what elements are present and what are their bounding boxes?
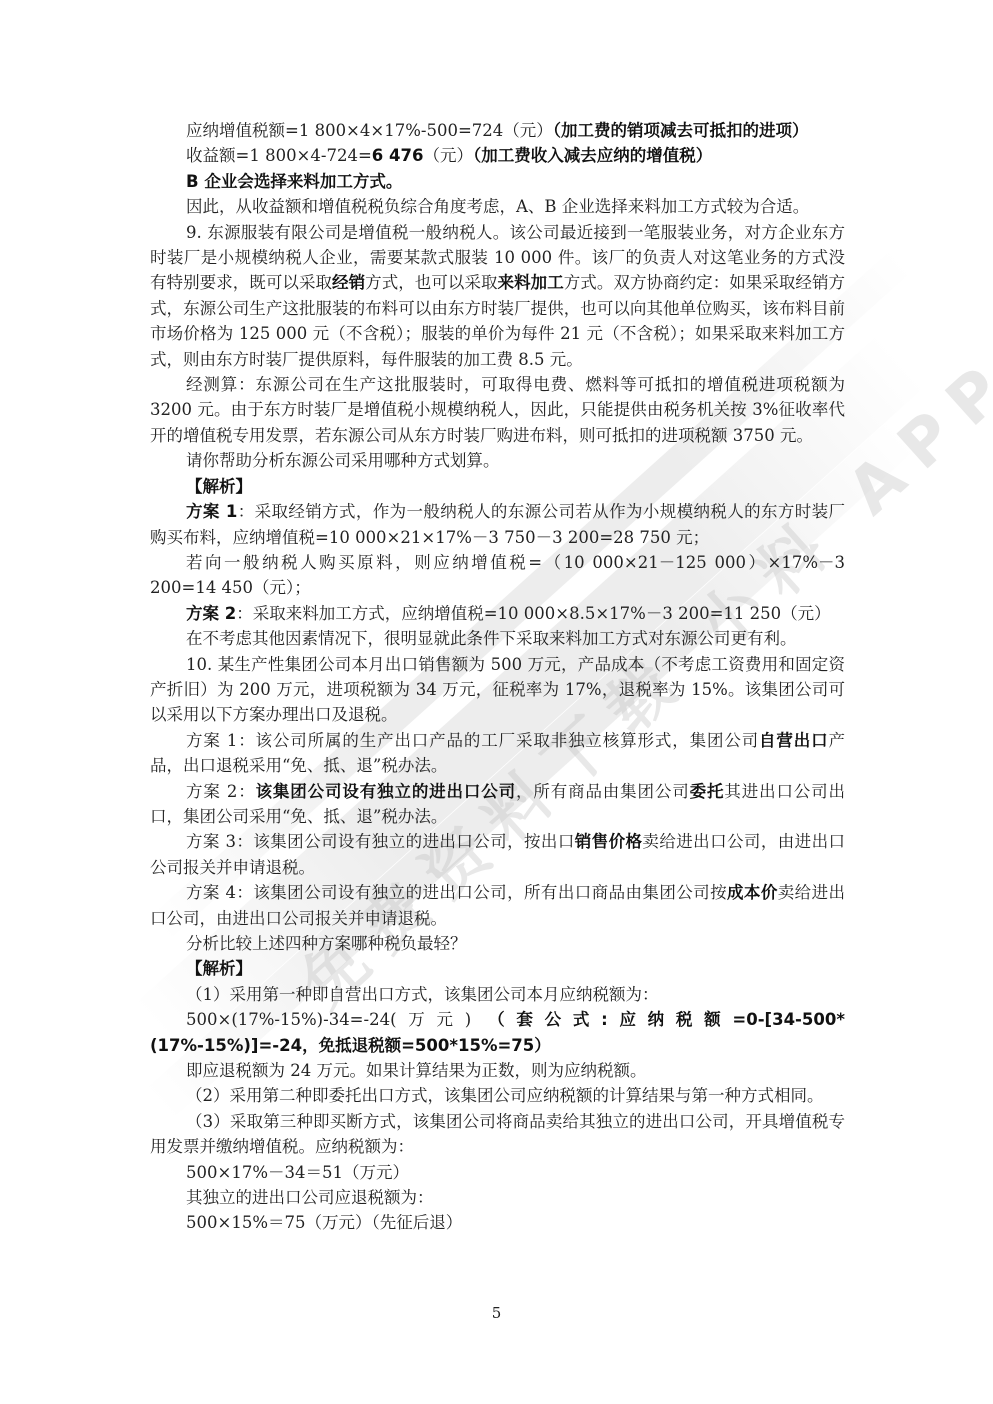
answer-1: （1）采用第一种即自营出口方式，该集团公司本月应纳税额为： <box>150 982 845 1007</box>
paragraph-conclusion-ab: 因此，从收益额和增值税税负综合角度考虑，A、B 企业选择来料加工方式较为合适。 <box>150 194 845 219</box>
question-10-prompt: 分析比较上述四种方案哪种税负最轻？ <box>150 931 845 956</box>
answer-1-calculation: 500×(17%-15%)-34=-24(万元) （套公式:应纳税额=0-[34… <box>150 1007 845 1058</box>
question-9: 9. 东源服装有限公司是增值税一般纳税人。该公司最近接到一笔服装业务，对方企业东… <box>150 220 845 372</box>
plan-2: 方案 2：采取来料加工方式，应纳增值税=10 000×8.5×17%－3 200… <box>150 601 845 626</box>
question-9-measurement: 经测算：东源公司在生产这批服装时，可取得电费、燃料等可抵扣的增值税进项税额为 3… <box>150 372 845 448</box>
answer-2: （2）采用第二种即委托出口方式，该集团公司应纳税额的计算结果与第一种方式相同。 <box>150 1083 845 1108</box>
answer-3-calculation: 500×17%－34＝51（万元） <box>150 1160 845 1185</box>
scheme-2: 方案 2：该集团公司设有独立的进出口公司，所有商品由集团公司委托其进出口公司出口… <box>150 779 845 830</box>
scheme-3: 方案 3：该集团公司设有独立的进出口公司，按出口销售价格卖给进出口公司，由进出口… <box>150 829 845 880</box>
plan-1: 方案 1：采取经销方式，作为一般纳税人的东源公司若从作为小规模纳税人的东方时装厂… <box>150 499 845 550</box>
page-number: 5 <box>0 1304 993 1322</box>
paragraph-vat-payable: 应纳增值税额=1 800×4×17%-500=724（元）（加工费的销项减去可抵… <box>150 118 845 143</box>
analysis-heading-2: 【解析】 <box>150 956 845 981</box>
answer-3-refund-label: 其独立的进出口公司应退税额为： <box>150 1185 845 1210</box>
paragraph-income: 收益额=1 800×4-724=6 476（元）（加工费收入减去应纳的增值税） <box>150 143 845 168</box>
document-body: 应纳增值税额=1 800×4×17%-500=724（元）（加工费的销项减去可抵… <box>150 118 845 1236</box>
scheme-4: 方案 4：该集团公司设有独立的进出口公司，所有出口商品由集团公司按成本价卖给进出… <box>150 880 845 931</box>
question-9-conclusion: 在不考虑其他因素情况下，很明显就此条件下采取来料加工方式对东源公司更有利。 <box>150 626 845 651</box>
answer-3-refund-calculation: 500×15%＝75（万元）（先征后退） <box>150 1210 845 1235</box>
plan-1-alternative: 若向一般纳税人购买原料，则应纳增值税=（10 000×21－125 000）×1… <box>150 550 845 601</box>
answer-3: （3）采取第三种即买断方式，该集团公司将商品卖给其独立的进出口公司，开具增值税专… <box>150 1109 845 1160</box>
question-9-prompt: 请你帮助分析东源公司采用哪种方式划算。 <box>150 448 845 473</box>
question-10: 10. 某生产性集团公司本月出口销售额为 500 万元，产品成本（不考虑工资费用… <box>150 652 845 728</box>
answer-1-note: 即应退税额为 24 万元。如果计算结果为正数，则为应纳税额。 <box>150 1058 845 1083</box>
scheme-1: 方案 1：该公司所属的生产出口产品的工厂采取非独立核算形式，集团公司自营出口产品… <box>150 728 845 779</box>
analysis-heading: 【解析】 <box>150 474 845 499</box>
paragraph-b-choice: B 企业会选择来料加工方式。 <box>150 169 845 194</box>
